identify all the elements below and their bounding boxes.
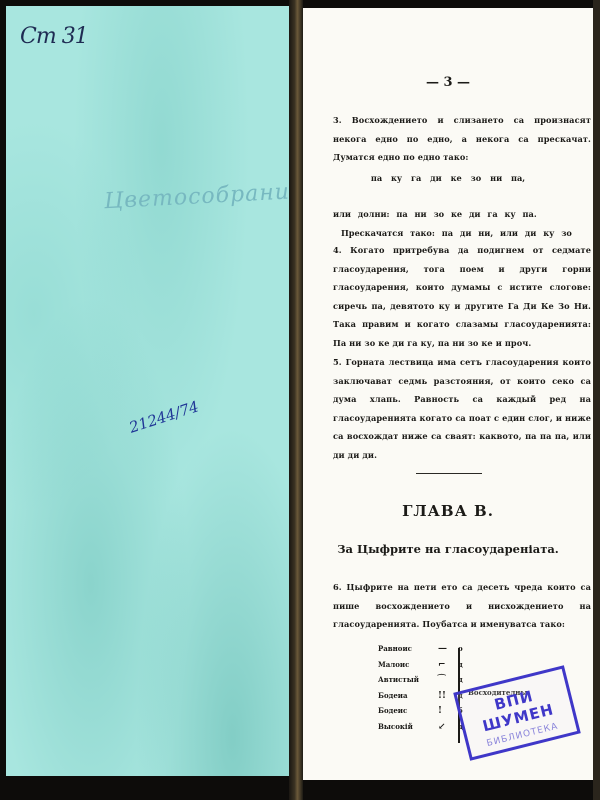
book-cover: Ст 31 Цветособрание 21244/74 [6,6,289,776]
paragraph-6: 6. Цыфрите на пети ето са десеть чреда к… [333,578,591,634]
scan-edge [593,0,600,800]
paragraph-4: 4. Когато притребува да подигнем от седм… [333,241,591,352]
chapter-title: ГЛАВА В. [303,502,593,520]
chapter-subtitle: За Цыфрите на гласоудареніата. [303,542,593,556]
example-line-3: Прескачатся тако: па ди ни, или ди ку зо [341,228,572,238]
paragraph-5: 5. Горната лествица има сетъ гласоударен… [333,353,591,464]
neume-row: Малоис ⌐ д [378,660,468,676]
neume-row: Автистый ⁀ д [378,675,468,691]
neume-table: Равноис — о Малоис ⌐ д Автистый ⁀ д Боде… [378,644,468,737]
page-number: — 3 — [303,75,593,90]
neume-row: Равноис — о [378,644,468,660]
section-divider [416,473,482,474]
book-page: — 3 — 3. Восхождението и слизането са пр… [303,8,593,780]
handwritten-title: Цветособрание [103,179,304,214]
neume-row: Бодеис ! б [378,706,468,722]
neume-row: Высокій ↙ д [378,722,468,738]
example-line-1: па ку га ди ке зо ни па, [303,173,593,183]
handwritten-inventory-number: 21244/74 [127,397,201,436]
paragraph-3: 3. Восхождението и слизането са произнас… [333,111,591,167]
handwritten-shelf-code: Ст 31 [20,24,88,49]
book-spine [289,0,303,800]
example-line-2: или долни: па ни зо ке ди га ку па. [333,209,537,219]
